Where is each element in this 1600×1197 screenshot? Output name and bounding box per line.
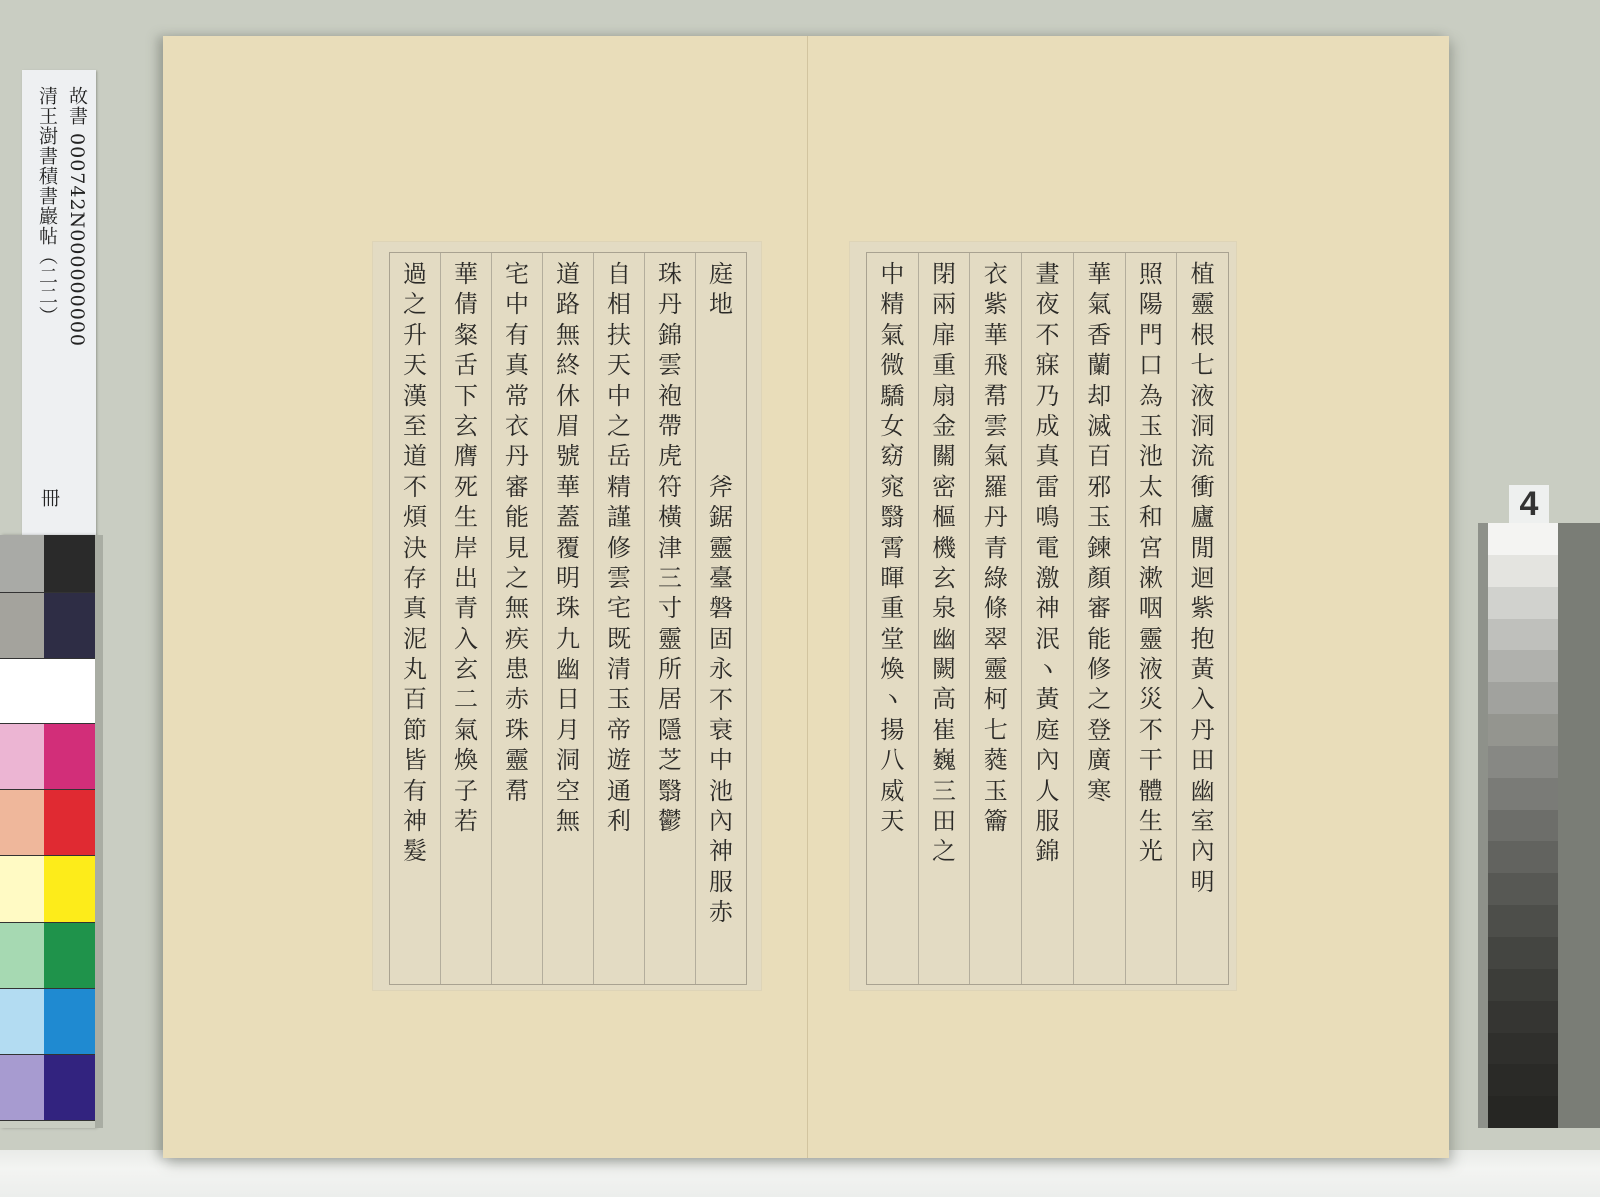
calligraphy-character: 丹: [505, 441, 529, 471]
calligraphy-character: 帬: [984, 381, 1008, 411]
calligraphy-character: 寐: [1035, 350, 1059, 380]
calligraphy-character: 八: [880, 745, 904, 775]
right-page-panel: 植靈根七液洞流衝廬閒迴紫抱黃入丹田幽室內明照陽門口為玉池太和宮漱咽靈液災不干體生…: [850, 242, 1236, 990]
calligraphy-character: 內: [1191, 836, 1215, 866]
calligraphy-character: 入: [1191, 684, 1215, 714]
calligraphy-character: 空: [556, 776, 580, 806]
calligraphy-character: 臺: [709, 563, 733, 593]
calligraphy-character: 袍: [658, 381, 682, 411]
calligraphy-character: 芝: [658, 745, 682, 775]
calligraphy-character: 生: [1139, 806, 1163, 836]
calligraphy-character: 幽: [932, 624, 956, 654]
calligraphy-character: 赤: [709, 897, 733, 927]
calligraphy-character: 覆: [556, 533, 580, 563]
calligraphy-character: 有: [505, 320, 529, 350]
left-page-panel: 庭地斧鋸靈臺磐固永不衰中池內神服赤珠丹錦雲袍帶虎符橫津三寸靈所居隱芝翳鬱自相扶天…: [373, 242, 761, 990]
gray-step: [1488, 1064, 1558, 1096]
calligraphy-character: 帬: [505, 776, 529, 806]
calligraphy-character: 雲: [607, 563, 631, 593]
calligraphy-character: 柯: [984, 684, 1008, 714]
calligraphy-character: 廣: [1087, 745, 1111, 775]
calligraphy-character: 珠: [556, 593, 580, 623]
calligraphy-character: 扶: [607, 320, 631, 350]
calligraphy-character: 既: [607, 624, 631, 654]
calligraphy-character: 閒: [1191, 533, 1215, 563]
calligraphy-character: 宅: [607, 593, 631, 623]
calligraphy-character: 兩: [932, 289, 956, 319]
calligraphy-character: 邪: [1087, 472, 1111, 502]
calligraphy-character: 路: [556, 289, 580, 319]
calligraphy-character: 機: [932, 533, 956, 563]
calligraphy-character: 神: [1035, 593, 1059, 623]
calligraphy-character: 利: [607, 806, 631, 836]
calligraphy-character: 光: [1139, 836, 1163, 866]
calligraphy-character: 斧: [709, 472, 733, 502]
calligraphy-character: 固: [709, 624, 733, 654]
color-calibration-chart: [0, 535, 95, 1128]
calligraphy-character: 通: [607, 776, 631, 806]
calligraphy-character: 乃: [1035, 381, 1059, 411]
calligraphy-character: 疾: [505, 624, 529, 654]
gray-step: [1488, 969, 1558, 1001]
calligraphy-character: 衣: [505, 411, 529, 441]
text-column: 自相扶天中之岳精謹修雲宅既清玉帝遊通利: [593, 253, 644, 984]
calligraphy-character: 洞: [556, 745, 580, 775]
calligraphy-character: 天: [607, 350, 631, 380]
calligraphy-character: 天: [880, 806, 904, 836]
calligraphy-character: 門: [1139, 320, 1163, 350]
calligraphy-character: 漱: [1139, 563, 1163, 593]
calligraphy-character: 若: [454, 806, 478, 836]
calligraphy-character: 百: [403, 684, 427, 714]
calligraphy-character: 根: [1191, 320, 1215, 350]
calligraphy-character: 黃: [1035, 684, 1059, 714]
calligraphy-character: 鳴: [1035, 502, 1059, 532]
calligraphy-character: 宮: [1139, 533, 1163, 563]
calligraphy-character: 明: [1191, 867, 1215, 897]
calligraphy-character: 宅: [505, 259, 529, 289]
calligraphy-character: 常: [505, 381, 529, 411]
calligraphy-character: 有: [403, 776, 427, 806]
calligraphy-character: 下: [454, 381, 478, 411]
calligraphy-character: 七: [1191, 350, 1215, 380]
calligraphy-character: 重: [880, 593, 904, 623]
calligraphy-character: 陽: [1139, 289, 1163, 319]
calligraphy-character: 黃: [1191, 654, 1215, 684]
calligraphy-character: 不: [403, 472, 427, 502]
gray-step: [1488, 682, 1558, 714]
calligraphy-character: 廬: [1191, 502, 1215, 532]
calligraphy-character: 和: [1139, 502, 1163, 532]
calligraphy-character: 氣: [880, 320, 904, 350]
calligraphy-character: 相: [607, 289, 631, 319]
calligraphy-character: 玄: [932, 563, 956, 593]
text-column: 閉兩扉重扇金關密樞機玄泉幽闕高崔巍三田之: [918, 253, 970, 984]
text-column: 中精氣微驕女窈窕翳霄暉重堂煥ヽ揚八威天: [867, 253, 918, 984]
calligraphy-character: 災: [1139, 684, 1163, 714]
calligraphy-character: 蕤: [984, 745, 1008, 775]
calligraphy-character: 香: [1087, 320, 1111, 350]
calligraphy-character: 百: [1087, 441, 1111, 471]
color-patch: [0, 923, 44, 989]
gray-step: [1488, 841, 1558, 873]
calligraphy-character: 抱: [1191, 624, 1215, 654]
calligraphy-character: 中: [505, 289, 529, 319]
gray-step: [1488, 714, 1558, 746]
calligraphy-character: 終: [556, 350, 580, 380]
calligraphy-character: 堂: [880, 624, 904, 654]
calligraphy-character: 扇: [932, 381, 956, 411]
calligraphy-character: 丸: [403, 654, 427, 684]
calligraphy-character: 迴: [1191, 563, 1215, 593]
calligraphy-character: 却: [1087, 381, 1111, 411]
calligraphy-character: 庭: [1035, 715, 1059, 745]
calligraphy-character: 丹: [658, 289, 682, 319]
calligraphy-character: 窈: [880, 441, 904, 471]
text-column: 照陽門口為玉池太和宮漱咽靈液災不干體生光: [1125, 253, 1177, 984]
calligraphy-character: 池: [1139, 441, 1163, 471]
calligraphy-character: 錦: [1035, 836, 1059, 866]
gray-step: [1488, 619, 1558, 651]
album-spread: 庭地斧鋸靈臺磐固永不衰中池內神服赤珠丹錦雲袍帶虎符橫津三寸靈所居隱芝翳鬱自相扶天…: [163, 36, 1449, 1158]
calligraphy-character: 池: [709, 776, 733, 806]
calligraphy-character: 至: [403, 411, 427, 441]
calligraphy-character: 真: [1035, 441, 1059, 471]
calligraphy-character: 中: [880, 259, 904, 289]
color-patch: [44, 593, 95, 659]
calligraphy-character: 神: [709, 836, 733, 866]
calligraphy-character: 服: [1035, 806, 1059, 836]
calligraphy-character: 隱: [658, 715, 682, 745]
calligraphy-character: 居: [658, 684, 682, 714]
calligraphy-character: 寒: [1087, 776, 1111, 806]
calligraphy-character: 帝: [607, 715, 631, 745]
color-patch: [0, 856, 44, 923]
calligraphy-character: 清: [607, 654, 631, 684]
calligraphy-character: 能: [1087, 624, 1111, 654]
calligraphy-character: 揚: [880, 715, 904, 745]
calligraphy-character: 關: [932, 441, 956, 471]
calligraphy-character: 衝: [1191, 472, 1215, 502]
calligraphy-character: 密: [932, 472, 956, 502]
text-column: 衣紫華飛帬雲氣羅丹青綠條翠靈柯七蕤玉籥: [969, 253, 1021, 984]
gray-step: [1488, 810, 1558, 842]
calligraphy-character: 太: [1139, 472, 1163, 502]
calligraphy-character: 體: [1139, 776, 1163, 806]
calligraphy-character: 符: [658, 472, 682, 502]
calligraphy-character: 煩: [403, 502, 427, 532]
calligraphy-character: 玄: [454, 654, 478, 684]
calligraphy-character: 崔: [932, 715, 956, 745]
calligraphy-character: 液: [1191, 381, 1215, 411]
gray-step: [1488, 1096, 1558, 1128]
calligraphy-character: 靈: [1139, 624, 1163, 654]
calligraphy-character: 永: [709, 654, 733, 684]
color-patch: [0, 659, 95, 724]
calligraphy-character: 眉: [556, 411, 580, 441]
calligraphy-character: 夜: [1035, 289, 1059, 319]
calligraphy-character: 審: [505, 472, 529, 502]
calligraphy-character: 電: [1035, 533, 1059, 563]
gray-step: [1488, 1001, 1558, 1033]
calligraphy-character: 流: [1191, 441, 1215, 471]
calligraphy-character: 扉: [932, 320, 956, 350]
calligraphy-character: 人: [1035, 776, 1059, 806]
calligraphy-character: 氣: [454, 715, 478, 745]
calligraphy-character: 入: [454, 624, 478, 654]
gray-step: [1488, 905, 1558, 937]
calligraphy-character: 激: [1035, 563, 1059, 593]
calligraphy-character: 膺: [454, 441, 478, 471]
calligraphy-character: 天: [403, 350, 427, 380]
calligraphy-character: 道: [403, 441, 427, 471]
calligraphy-character: 植: [1191, 259, 1215, 289]
calligraphy-character: 珠: [505, 715, 529, 745]
calligraphy-character: ヽ: [1035, 654, 1059, 684]
calligraphy-character: 洞: [1191, 411, 1215, 441]
calligraphy-character: 內: [709, 806, 733, 836]
calligraphy-character: 威: [880, 776, 904, 806]
calligraphy-character: 鍊: [1087, 533, 1111, 563]
calligraphy-character: 地: [709, 289, 733, 319]
volume-mark: 冊: [36, 488, 63, 507]
calligraphy-character: 華: [556, 472, 580, 502]
calligraphy-character: 真: [505, 350, 529, 380]
calligraphy-character: 紫: [1191, 593, 1215, 623]
color-patch: [0, 593, 44, 659]
calligraphy-character: 之: [1087, 684, 1111, 714]
calligraphy-character: 金: [932, 411, 956, 441]
color-patch: [44, 1055, 95, 1121]
calligraphy-character: 錦: [658, 320, 682, 350]
gray-step: [1488, 778, 1558, 810]
calligraphy-character: 照: [1139, 259, 1163, 289]
calligraphy-character: 中: [607, 381, 631, 411]
calligraphy-character: 暉: [880, 563, 904, 593]
calligraphy-character: 存: [403, 563, 427, 593]
calligraphy-character: ヽ: [880, 684, 904, 714]
calligraphy-character: 幽: [556, 654, 580, 684]
color-patch: [0, 724, 44, 790]
calligraphy-character: 翳: [658, 776, 682, 806]
calligraphy-character: 籥: [984, 806, 1008, 836]
calligraphy-character: 闕: [932, 654, 956, 684]
calligraphy-character: 靈: [1191, 289, 1215, 319]
gray-step: [1488, 873, 1558, 905]
calligraphy-character: 條: [984, 593, 1008, 623]
calligraphy-character: 粲: [454, 320, 478, 350]
calligraphy-character: 髮: [403, 836, 427, 866]
gray-step: [1488, 587, 1558, 619]
calligraphy-character: 羅: [984, 472, 1008, 502]
text-column: 庭地斧鋸靈臺磐固永不衰中池內神服赤: [695, 253, 746, 984]
calligraphy-character: 修: [1087, 654, 1111, 684]
calligraphy-character: 岸: [454, 533, 478, 563]
gray-step: [1488, 937, 1558, 969]
text-column: 華氣香蘭却滅百邪玉鍊顏審能修之登廣寒: [1073, 253, 1125, 984]
calligraphy-character: 咽: [1139, 593, 1163, 623]
catalog-label: 故書 000742N000000000 清王澍書積書巖帖（二二） 冊: [22, 70, 96, 535]
calligraphy-character: 之: [932, 836, 956, 866]
calligraphy-character: 自: [607, 259, 631, 289]
calligraphy-character: 為: [1139, 381, 1163, 411]
color-patch: [0, 1055, 44, 1121]
calligraphy-character: 滅: [1087, 411, 1111, 441]
calligraphy-character: 重: [932, 350, 956, 380]
calligraphy-character: 橫: [658, 502, 682, 532]
calligraphy-character: 升: [403, 320, 427, 350]
calligraphy-character: 漢: [403, 381, 427, 411]
calligraphy-character: 泯: [1035, 624, 1059, 654]
calligraphy-character: 華: [1087, 259, 1111, 289]
calligraphy-character: 精: [607, 472, 631, 502]
calligraphy-character: 玉: [1087, 502, 1111, 532]
calligraphy-character: 修: [607, 533, 631, 563]
calligraphy-character: 靈: [709, 533, 733, 563]
calligraphy-character: 患: [505, 654, 529, 684]
text-column: 晝夜不寐乃成真雷鳴電激神泯ヽ黃庭內人服錦: [1021, 253, 1073, 984]
calligraphy-character: 號: [556, 441, 580, 471]
calligraphy-character: 寸: [658, 593, 682, 623]
calligraphy-character: 樞: [932, 502, 956, 532]
calligraphy-character: 所: [658, 654, 682, 684]
calligraphy-character: 干: [1139, 745, 1163, 775]
gray-step: [1488, 650, 1558, 682]
calligraphy-character: 出: [454, 563, 478, 593]
calligraphy-character: 內: [1035, 745, 1059, 775]
calligraphy-character: 鬱: [658, 806, 682, 836]
calligraphy-character: 津: [658, 533, 682, 563]
calligraphy-character: 明: [556, 563, 580, 593]
calligraphy-character: 之: [403, 289, 427, 319]
calligraphy-character: 磐: [709, 593, 733, 623]
calligraphy-character: 衣: [984, 259, 1008, 289]
calligraphy-character: 高: [932, 684, 956, 714]
color-patch: [44, 535, 95, 593]
calligraphy-character: 三: [932, 776, 956, 806]
color-patch: [44, 856, 95, 923]
calligraphy-character: 道: [556, 259, 580, 289]
calligraphy-character: 雲: [658, 350, 682, 380]
calligraphy-character: 顏: [1087, 563, 1111, 593]
calligraphy-character: 登: [1087, 715, 1111, 745]
calligraphy-character: 青: [454, 593, 478, 623]
calligraphy-character: 庭: [709, 259, 733, 289]
left-page-text-grid: 庭地斧鋸靈臺磐固永不衰中池內神服赤珠丹錦雲袍帶虎符橫津三寸靈所居隱芝翳鬱自相扶天…: [389, 252, 747, 985]
calligraphy-character: 七: [984, 715, 1008, 745]
gray-scale-edge: [1478, 523, 1488, 1128]
text-column: 植靈根七液洞流衝廬閒迴紫抱黃入丹田幽室內明: [1176, 253, 1228, 984]
calligraphy-character: 虎: [658, 441, 682, 471]
calligraphy-character: 華: [984, 320, 1008, 350]
color-chart-edge: [95, 535, 103, 1128]
calligraphy-character: 見: [505, 533, 529, 563]
calligraphy-character: 三: [658, 563, 682, 593]
calligraphy-character: 不: [1035, 320, 1059, 350]
calligraphy-character: 舌: [454, 350, 478, 380]
text-column: 華倩粲舌下玄膺死生岸出青入玄二氣煥子若: [440, 253, 491, 984]
calligraphy-character: 液: [1139, 654, 1163, 684]
calligraphy-character: 子: [454, 776, 478, 806]
color-patch: [44, 989, 95, 1055]
calligraphy-character: 煥: [880, 654, 904, 684]
calligraphy-character: 決: [403, 533, 427, 563]
gray-step: [1488, 523, 1558, 555]
calligraphy-character: 謹: [607, 502, 631, 532]
calligraphy-character: 成: [1035, 411, 1059, 441]
gray-step: [1488, 555, 1558, 587]
calligraphy-character: 神: [403, 806, 427, 836]
color-patch: [0, 790, 44, 856]
text-column: 過之升天漢至道不煩決存真泥丸百節皆有神髮: [390, 253, 440, 984]
calligraphy-character: 丹: [984, 502, 1008, 532]
calligraphy-character: 無: [556, 806, 580, 836]
calligraphy-character: 鋸: [709, 502, 733, 532]
calligraphy-character: 岳: [607, 441, 631, 471]
calligraphy-character: 玉: [607, 684, 631, 714]
calligraphy-character: 不: [1139, 715, 1163, 745]
catalog-id: 故書 000742N000000000: [64, 86, 91, 347]
calligraphy-character: 靈: [658, 624, 682, 654]
calligraphy-character: 真: [403, 593, 427, 623]
calligraphy-character: 玉: [984, 776, 1008, 806]
calligraphy-character: 生: [454, 502, 478, 532]
calligraphy-character: 紫: [984, 289, 1008, 319]
calligraphy-character: 霄: [880, 533, 904, 563]
calligraphy-character: 巍: [932, 745, 956, 775]
color-patch: [44, 790, 95, 856]
calligraphy-character: 靈: [505, 745, 529, 775]
center-fold: [807, 36, 808, 1158]
calligraphy-character: 無: [505, 593, 529, 623]
calligraphy-character: 晝: [1035, 259, 1059, 289]
calligraphy-character: 驕: [880, 381, 904, 411]
color-patch: [0, 989, 44, 1055]
calligraphy-character: 室: [1191, 806, 1215, 836]
calligraphy-character: 雷: [1035, 472, 1059, 502]
calligraphy-character: 泥: [403, 624, 427, 654]
calligraphy-character: 飛: [984, 350, 1008, 380]
calligraphy-character: 死: [454, 472, 478, 502]
calligraphy-character: 二: [454, 684, 478, 714]
calligraphy-character: 華: [454, 259, 478, 289]
calligraphy-character: 赤: [505, 684, 529, 714]
calligraphy-character: 之: [505, 563, 529, 593]
calligraphy-character: 氣: [984, 441, 1008, 471]
calligraphy-character: 口: [1139, 350, 1163, 380]
calligraphy-character: 過: [403, 259, 427, 289]
gray-step: [1488, 746, 1558, 778]
calligraphy-character: 窕: [880, 472, 904, 502]
calligraphy-character: 倩: [454, 289, 478, 319]
calligraphy-character: 月: [556, 715, 580, 745]
calligraphy-character: 青: [984, 533, 1008, 563]
calligraphy-character: 閉: [932, 259, 956, 289]
calligraphy-character: 綠: [984, 563, 1008, 593]
catalog-title: 清王澍書積書巖帖（二二）: [34, 86, 61, 326]
calligraphy-character: 之: [607, 411, 631, 441]
calligraphy-character: 蘭: [1087, 350, 1111, 380]
calligraphy-character: 雲: [984, 411, 1008, 441]
page-number-tab: 4: [1509, 485, 1549, 523]
calligraphy-character: 玉: [1139, 411, 1163, 441]
calligraphy-character: 精: [880, 289, 904, 319]
calligraphy-character: 審: [1087, 593, 1111, 623]
calligraphy-character: 幽: [1191, 776, 1215, 806]
text-column: 珠丹錦雲袍帶虎符橫津三寸靈所居隱芝翳鬱: [644, 253, 695, 984]
right-page-text-grid: 植靈根七液洞流衝廬閒迴紫抱黃入丹田幽室內明照陽門口為玉池太和宮漱咽靈液災不干體生…: [866, 252, 1229, 985]
calligraphy-character: 微: [880, 350, 904, 380]
